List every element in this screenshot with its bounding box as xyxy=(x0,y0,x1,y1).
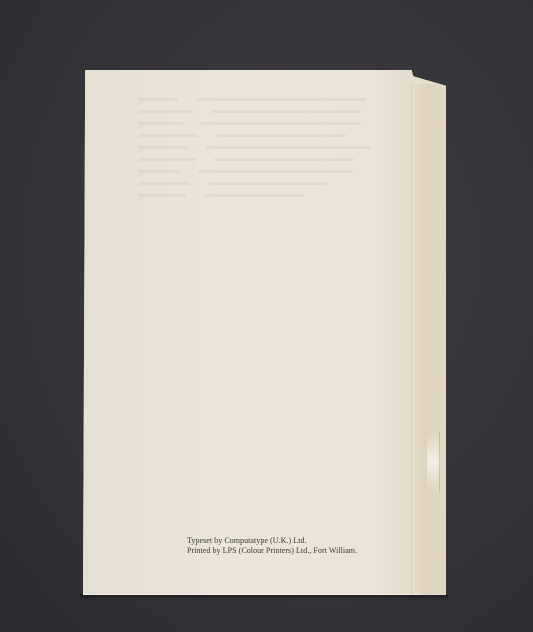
printer-imprint: Typeset by Computatype (U.K.) Ltd. Print… xyxy=(187,536,357,555)
typeset-credit: Typeset by Computatype (U.K.) Ltd. xyxy=(187,536,357,546)
staple-highlight xyxy=(427,432,440,492)
show-through-text xyxy=(138,98,398,248)
spine-strip xyxy=(412,84,446,595)
printer-credit: Printed by LPS (Colour Printers) Ltd., F… xyxy=(187,546,357,556)
booklet-back-cover: Typeset by Computatype (U.K.) Ltd. Print… xyxy=(83,70,446,595)
